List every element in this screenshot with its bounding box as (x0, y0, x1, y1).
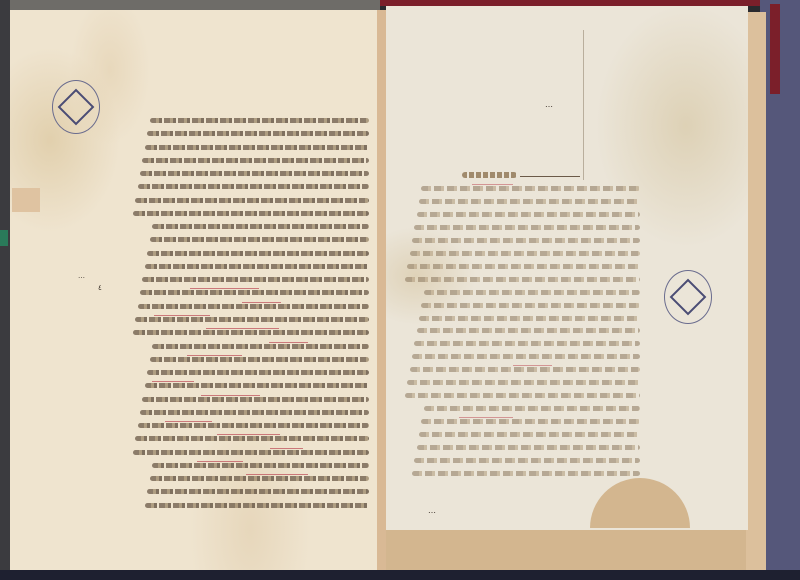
crease-line (583, 30, 584, 180)
top-note: … (545, 100, 553, 109)
text-line (147, 489, 369, 494)
text-line (419, 316, 640, 321)
text-line (412, 238, 640, 243)
text-line (147, 131, 369, 136)
manuscript-spread: … ٤ … … (0, 0, 800, 580)
text-line (133, 330, 369, 335)
rubric-overline (154, 315, 210, 316)
paper-repair-patch (12, 188, 40, 212)
text-line (410, 367, 640, 372)
text-line (407, 264, 640, 269)
text-line (147, 370, 369, 375)
marginal-note: … (78, 272, 85, 280)
rubric-overline (152, 381, 195, 382)
text-line (424, 406, 640, 411)
text-line (138, 423, 369, 428)
text-line (140, 171, 369, 176)
text-line (417, 328, 640, 333)
text-line (421, 303, 640, 308)
text-line (414, 341, 640, 346)
text-line (417, 445, 640, 450)
text-line (414, 458, 640, 463)
rubric-overline (217, 434, 280, 435)
cover-bottom (0, 570, 800, 580)
text-line (412, 354, 640, 359)
text-line (417, 212, 640, 217)
text-line (145, 264, 369, 269)
text-line (407, 380, 640, 385)
right-text-block (405, 186, 640, 476)
seal-emblem-icon (670, 279, 707, 316)
text-line (419, 199, 640, 204)
text-line (140, 410, 369, 415)
footer-note: … (428, 506, 436, 515)
text-line (133, 450, 369, 455)
text-line (142, 277, 369, 282)
rubric-overline (165, 421, 211, 422)
ownership-seal-stamp (52, 80, 100, 134)
text-line (145, 383, 369, 388)
text-line (405, 393, 640, 398)
text-line (150, 476, 369, 481)
seal-emblem-icon (58, 89, 95, 126)
rubric-overline (242, 302, 281, 303)
text-line (147, 251, 369, 256)
text-line (414, 225, 640, 230)
text-line (135, 317, 369, 322)
heading-rule (520, 176, 580, 177)
rubric-overline (201, 395, 260, 396)
cover-red-corner (770, 4, 780, 94)
text-line (145, 145, 369, 150)
bookmark-tab (0, 230, 8, 246)
heading-line (462, 172, 517, 178)
text-line (142, 397, 369, 402)
text-line (135, 436, 369, 441)
text-line (405, 277, 640, 282)
text-line (133, 211, 369, 216)
rubric-overline (269, 342, 308, 343)
left-text-block (133, 118, 369, 508)
text-line (412, 471, 640, 476)
rubric-overline (187, 355, 242, 356)
text-line (410, 251, 640, 256)
marginal-note-sub: ٤ (98, 284, 102, 292)
rubric-overline (513, 365, 552, 366)
text-line (138, 304, 369, 309)
text-line (140, 290, 369, 295)
text-line (150, 357, 369, 362)
rubric-overline (197, 461, 243, 462)
text-line (150, 237, 369, 242)
ownership-seal-stamp-right (664, 270, 712, 324)
cover-right (760, 0, 800, 580)
text-line (145, 503, 369, 508)
rubric-overline (246, 474, 307, 475)
binding-top (10, 0, 380, 10)
text-line (421, 419, 640, 424)
text-line (419, 432, 640, 437)
text-line (424, 290, 640, 295)
text-line (150, 118, 369, 123)
text-line (142, 158, 369, 163)
text-line (152, 463, 369, 468)
rubric-overline (206, 328, 279, 329)
rubric-overline (270, 448, 303, 449)
rubric-overline (459, 417, 514, 418)
text-line (152, 344, 369, 349)
rubric-overline (190, 288, 259, 289)
text-line (152, 224, 369, 229)
text-line (421, 186, 640, 191)
rubric-overline (472, 184, 514, 185)
text-line (135, 198, 369, 203)
text-line (138, 184, 369, 189)
